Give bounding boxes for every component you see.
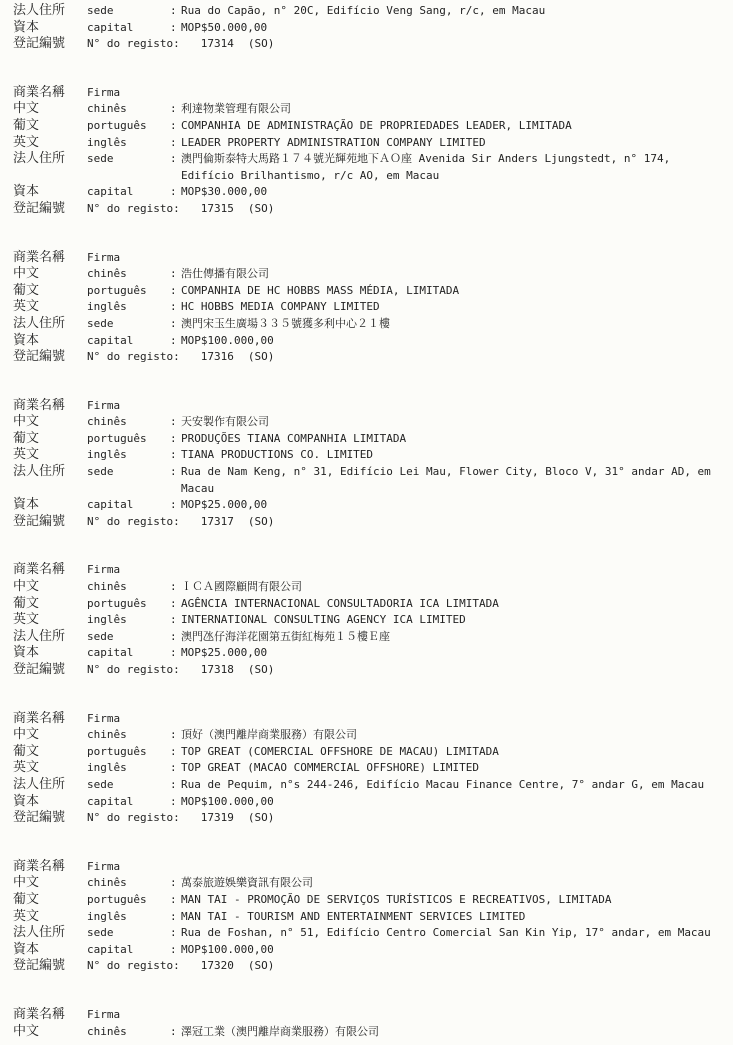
capital-label-zh: 資本 (13, 645, 87, 662)
colon-separator: : (170, 744, 181, 761)
registo-number: 17317 (201, 514, 234, 531)
field-row-sede: 法人住所sede:Rua de Foshan, n° 51, Edifício … (13, 925, 733, 942)
sede-label-pt: sede (87, 316, 170, 333)
chinese-value-cell: :澤冠工業（澳門離岸商業服務）有限公司 (170, 1024, 733, 1041)
english-value-cell: :TIANA PRODUCTIONS CO. LIMITED (170, 447, 733, 464)
field-row-capital: 資本capital:MOP$100.000,00 (13, 794, 733, 811)
chinese-label-zh: 中文 (13, 579, 87, 596)
colon-separator: : (170, 333, 181, 350)
registo-suffix: (SO) (248, 958, 275, 975)
field-row-sede: 法人住所sede:Rua de Pequim, n°s 244-246, Edi… (13, 777, 733, 794)
sede-value-cell: :澳門倫斯泰特大馬路１７４號光輝苑地下ＡＯ座 Avenida Sir Ander… (170, 151, 733, 184)
sede-label-pt: sede (87, 464, 170, 481)
field-row-sede: 法人住所sede:Rua do Capão, n° 20C, Edifício … (13, 3, 733, 20)
colon-separator: : (170, 875, 181, 892)
chinese-label-zh: 中文 (13, 101, 87, 118)
registo-suffix: (SO) (248, 36, 275, 53)
chinese-value: 萬泰旅遊娛樂資訊有限公司 (181, 875, 729, 892)
field-row-chinese: 中文chinês:澤冠工業（澳門離岸商業服務）有限公司 (13, 1024, 733, 1041)
english-value: LEADER PROPERTY ADMINISTRATION COMPANY L… (181, 135, 729, 152)
firma-label-pt: Firma (87, 398, 170, 415)
field-row-chinese: 中文chinês:頂好（澳門離岸商業服務）有限公司 (13, 727, 733, 744)
field-row-english: 英文inglês:HC HOBBS MEDIA COMPANY LIMITED (13, 299, 733, 316)
field-row-chinese: 中文chinês:浩仕傳播有限公司 (13, 266, 733, 283)
english-value-cell: :MAN TAI - TOURISM AND ENTERTAINMENT SER… (170, 909, 733, 926)
portuguese-label-pt: português (87, 596, 170, 613)
sede-value: 澳門宋玉生廣場３３５號獲多利中心２１樓 (181, 316, 729, 333)
english-value: INTERNATIONAL CONSULTING AGENCY ICA LIMI… (181, 612, 729, 629)
capital-label-zh: 資本 (13, 794, 87, 811)
portuguese-value-cell: :MAN TAI - PROMOÇÃO DE SERVIÇOS TURÍSTIC… (170, 892, 733, 909)
sede-value-cell: :Rua do Capão, n° 20C, Edifício Veng San… (170, 3, 733, 20)
sede-value: 澳門氹仔海洋花園第五街紅梅苑１５樓Ｅ座 (181, 629, 729, 646)
sede-value: 澳門倫斯泰特大馬路１７４號光輝苑地下ＡＯ座 Avenida Sir Anders… (181, 151, 729, 184)
portuguese-label-zh: 葡文 (13, 283, 87, 300)
field-row-english: 英文inglês:INTERNATIONAL CONSULTING AGENCY… (13, 612, 733, 629)
sede-value: Rua do Capão, n° 20C, Edifício Veng Sang… (181, 3, 729, 20)
portuguese-value: MAN TAI - PROMOÇÃO DE SERVIÇOS TURÍSTICO… (181, 892, 729, 909)
portuguese-label-zh: 葡文 (13, 431, 87, 448)
sede-value-cell: :澳門氹仔海洋花園第五街紅梅苑１５樓Ｅ座 (170, 629, 733, 646)
english-value-cell: :INTERNATIONAL CONSULTING AGENCY ICA LIM… (170, 612, 733, 629)
capital-label-pt: capital (87, 20, 170, 37)
firma-header-row: 商業名稱Firma (13, 1007, 733, 1024)
registo-label-pt: N° do registo: (87, 514, 180, 531)
english-label-pt: inglês (87, 909, 170, 926)
capital-label-zh: 資本 (13, 184, 87, 201)
firma-label-zh: 商業名稱 (13, 859, 87, 876)
chinese-value-cell: :利達物業管理有限公司 (170, 101, 733, 118)
portuguese-label-pt: português (87, 431, 170, 448)
colon-separator: : (170, 431, 181, 448)
portuguese-label-pt: português (87, 892, 170, 909)
registo-label-pt: N° do registo: (87, 201, 180, 218)
registo-label-pt: N° do registo: (87, 662, 180, 679)
sede-label-pt: sede (87, 777, 170, 794)
colon-separator: : (170, 1024, 181, 1041)
registo-suffix: (SO) (248, 662, 275, 679)
registo-number: 17318 (201, 662, 234, 679)
sede-label-zh: 法人住所 (13, 777, 87, 794)
chinese-value-cell: :ＩＣＡ國際顧問有限公司 (170, 579, 733, 596)
colon-separator: : (170, 942, 181, 959)
colon-separator: : (170, 118, 181, 135)
sede-label-zh: 法人住所 (13, 925, 87, 942)
chinese-label-zh: 中文 (13, 875, 87, 892)
english-label-zh: 英文 (13, 135, 87, 152)
portuguese-value: COMPANHIA DE HC HOBBS MASS MÉDIA, LIMITA… (181, 283, 729, 300)
sede-value: Rua de Nam Keng, n° 31, Edifício Lei Mau… (181, 464, 729, 497)
capital-value: MOP$100.000,00 (181, 794, 729, 811)
colon-separator: : (170, 464, 181, 497)
registo-number: 17316 (201, 349, 234, 366)
field-row-english: 英文inglês:TIANA PRODUCTIONS CO. LIMITED (13, 447, 733, 464)
colon-separator: : (170, 760, 181, 777)
chinese-value: 利達物業管理有限公司 (181, 101, 729, 118)
capital-label-zh: 資本 (13, 333, 87, 350)
chinese-value: ＩＣＡ國際顧問有限公司 (181, 579, 729, 596)
firma-label-pt: Firma (87, 85, 170, 102)
capital-label-zh: 資本 (13, 942, 87, 959)
firma-label-zh: 商業名稱 (13, 250, 87, 267)
registry-document: 法人住所sede:Rua do Capão, n° 20C, Edifício … (0, 0, 733, 1045)
capital-value-cell: :MOP$50.000,00 (170, 20, 733, 37)
chinese-value-cell: :萬泰旅遊娛樂資訊有限公司 (170, 875, 733, 892)
registo-suffix: (SO) (248, 349, 275, 366)
registo-label-zh: 登記編號 (13, 36, 87, 53)
colon-separator: : (170, 266, 181, 283)
sede-label-zh: 法人住所 (13, 629, 87, 646)
english-value-cell: :LEADER PROPERTY ADMINISTRATION COMPANY … (170, 135, 733, 152)
english-label-pt: inglês (87, 447, 170, 464)
firma-label-pt: Firma (87, 711, 170, 728)
colon-separator: : (170, 909, 181, 926)
capital-value: MOP$50.000,00 (181, 20, 729, 37)
registo-suffix: (SO) (248, 810, 275, 827)
registo-label-pt: N° do registo: (87, 810, 180, 827)
field-row-registo: 登記編號N° do registo:17315(SO) (13, 201, 733, 218)
chinese-value: 天安製作有限公司 (181, 414, 729, 431)
firma-label-zh: 商業名稱 (13, 711, 87, 728)
portuguese-value-cell: :COMPANHIA DE ADMINISTRAÇÃO DE PROPRIEDA… (170, 118, 733, 135)
chinese-label-zh: 中文 (13, 727, 87, 744)
english-value-cell: :HC HOBBS MEDIA COMPANY LIMITED (170, 299, 733, 316)
firma-header-row: 商業名稱Firma (13, 562, 733, 579)
field-row-registo: 登記編號N° do registo:17319(SO) (13, 810, 733, 827)
field-row-capital: 資本capital:MOP$25.000,00 (13, 497, 733, 514)
capital-value: MOP$100.000,00 (181, 333, 729, 350)
firma-header-row: 商業名稱Firma (13, 711, 733, 728)
sede-label-zh: 法人住所 (13, 3, 87, 20)
capital-value-cell: :MOP$25.000,00 (170, 497, 733, 514)
portuguese-label-zh: 葡文 (13, 118, 87, 135)
field-row-registo: 登記編號N° do registo:17316(SO) (13, 349, 733, 366)
colon-separator: : (170, 135, 181, 152)
chinese-label-pt: chinês (87, 1024, 170, 1041)
field-row-sede: 法人住所sede:澳門倫斯泰特大馬路１７４號光輝苑地下ＡＯ座 Avenida S… (13, 151, 733, 184)
field-row-english: 英文inglês:LEADER PROPERTY ADMINISTRATION … (13, 135, 733, 152)
field-row-registo: 登記編號N° do registo:17320(SO) (13, 958, 733, 975)
capital-value-cell: :MOP$100.000,00 (170, 794, 733, 811)
registo-label-zh: 登記編號 (13, 514, 87, 531)
field-row-portuguese: 葡文português:TOP GREAT (COMERCIAL OFFSHOR… (13, 744, 733, 761)
company-entry: 商業名稱Firma中文chinês:浩仕傳播有限公司葡文português:CO… (13, 250, 733, 366)
registo-suffix: (SO) (248, 201, 275, 218)
colon-separator: : (170, 727, 181, 744)
colon-separator: : (170, 579, 181, 596)
firma-header-row: 商業名稱Firma (13, 859, 733, 876)
firma-label-zh: 商業名稱 (13, 398, 87, 415)
registo-number: 17314 (201, 36, 234, 53)
colon-separator: : (170, 3, 181, 20)
firma-label-pt: Firma (87, 1007, 170, 1024)
sede-label-pt: sede (87, 151, 170, 168)
field-row-capital: 資本capital:MOP$30.000,00 (13, 184, 733, 201)
field-row-registo: 登記編號N° do registo:17314(SO) (13, 36, 733, 53)
registo-number: 17319 (201, 810, 234, 827)
colon-separator: : (170, 316, 181, 333)
portuguese-label-pt: português (87, 283, 170, 300)
portuguese-value: PRODUÇÕES TIANA COMPANHIA LIMITADA (181, 431, 729, 448)
capital-label-zh: 資本 (13, 20, 87, 37)
english-label-pt: inglês (87, 299, 170, 316)
colon-separator: : (170, 299, 181, 316)
capital-value-cell: :MOP$100.000,00 (170, 333, 733, 350)
portuguese-label-zh: 葡文 (13, 596, 87, 613)
chinese-label-zh: 中文 (13, 414, 87, 431)
field-row-capital: 資本capital:MOP$100.000,00 (13, 942, 733, 959)
portuguese-label-zh: 葡文 (13, 892, 87, 909)
sede-value-cell: :澳門宋玉生廣場３３５號獲多利中心２１樓 (170, 316, 733, 333)
company-entry: 商業名稱Firma中文chinês:天安製作有限公司葡文português:PR… (13, 398, 733, 531)
portuguese-value: TOP GREAT (COMERCIAL OFFSHORE DE MACAU) … (181, 744, 729, 761)
sede-value-cell: :Rua de Pequim, n°s 244-246, Edifício Ma… (170, 777, 733, 794)
english-label-zh: 英文 (13, 447, 87, 464)
colon-separator: : (170, 596, 181, 613)
chinese-value: 頂好（澳門離岸商業服務）有限公司 (181, 727, 729, 744)
firma-label-pt: Firma (87, 250, 170, 267)
colon-separator: : (170, 447, 181, 464)
firma-label-zh: 商業名稱 (13, 85, 87, 102)
english-value: MAN TAI - TOURISM AND ENTERTAINMENT SERV… (181, 909, 729, 926)
field-row-registo: 登記編號N° do registo:17317(SO) (13, 514, 733, 531)
portuguese-value-cell: :PRODUÇÕES TIANA COMPANHIA LIMITADA (170, 431, 733, 448)
field-row-capital: 資本capital:MOP$100.000,00 (13, 333, 733, 350)
field-row-capital: 資本capital:MOP$25.000,00 (13, 645, 733, 662)
field-row-portuguese: 葡文português:COMPANHIA DE HC HOBBS MASS M… (13, 283, 733, 300)
colon-separator: : (170, 925, 181, 942)
field-row-sede: 法人住所sede:澳門宋玉生廣場３３５號獲多利中心２１樓 (13, 316, 733, 333)
english-value: TOP GREAT (MACAO COMMERCIAL OFFSHORE) LI… (181, 760, 729, 777)
field-row-portuguese: 葡文português:PRODUÇÕES TIANA COMPANHIA LI… (13, 431, 733, 448)
firma-header-row: 商業名稱Firma (13, 398, 733, 415)
portuguese-value-cell: :AGÊNCIA INTERNACIONAL CONSULTADORIA ICA… (170, 596, 733, 613)
field-row-portuguese: 葡文português:AGÊNCIA INTERNACIONAL CONSUL… (13, 596, 733, 613)
colon-separator: : (170, 645, 181, 662)
portuguese-label-pt: português (87, 118, 170, 135)
sede-value: Rua de Pequim, n°s 244-246, Edifício Mac… (181, 777, 729, 794)
capital-label-pt: capital (87, 645, 170, 662)
chinese-value-cell: :頂好（澳門離岸商業服務）有限公司 (170, 727, 733, 744)
capital-label-pt: capital (87, 497, 170, 514)
company-entry: 商業名稱Firma中文chinês:ＩＣＡ國際顧問有限公司葡文português… (13, 562, 733, 678)
english-label-pt: inglês (87, 760, 170, 777)
field-row-registo: 登記編號N° do registo:17318(SO) (13, 662, 733, 679)
company-entry: 法人住所sede:Rua do Capão, n° 20C, Edifício … (13, 3, 733, 53)
colon-separator: : (170, 20, 181, 37)
field-row-portuguese: 葡文português:MAN TAI - PROMOÇÃO DE SERVIÇ… (13, 892, 733, 909)
portuguese-label-pt: português (87, 744, 170, 761)
firma-label-zh: 商業名稱 (13, 1007, 87, 1024)
company-entry: 商業名稱Firma中文chinês:利達物業管理有限公司葡文português:… (13, 85, 733, 218)
capital-value-cell: :MOP$30.000,00 (170, 184, 733, 201)
firma-label-pt: Firma (87, 562, 170, 579)
sede-value-cell: :Rua de Nam Keng, n° 31, Edifício Lei Ma… (170, 464, 733, 497)
chinese-label-pt: chinês (87, 414, 170, 431)
colon-separator: : (170, 892, 181, 909)
portuguese-value: COMPANHIA DE ADMINISTRAÇÃO DE PROPRIEDAD… (181, 118, 729, 135)
english-label-pt: inglês (87, 135, 170, 152)
sede-value: Rua de Foshan, n° 51, Edifício Centro Co… (181, 925, 729, 942)
capital-label-zh: 資本 (13, 497, 87, 514)
registo-label-zh: 登記編號 (13, 958, 87, 975)
portuguese-value-cell: :TOP GREAT (COMERCIAL OFFSHORE DE MACAU)… (170, 744, 733, 761)
capital-value: MOP$25.000,00 (181, 645, 729, 662)
colon-separator: : (170, 497, 181, 514)
firma-header-row: 商業名稱Firma (13, 85, 733, 102)
firma-label-pt: Firma (87, 859, 170, 876)
field-row-english: 英文inglês:MAN TAI - TOURISM AND ENTERTAIN… (13, 909, 733, 926)
chinese-label-pt: chinês (87, 101, 170, 118)
chinese-label-pt: chinês (87, 579, 170, 596)
firma-label-zh: 商業名稱 (13, 562, 87, 579)
colon-separator: : (170, 612, 181, 629)
capital-value: MOP$30.000,00 (181, 184, 729, 201)
english-value-cell: :TOP GREAT (MACAO COMMERCIAL OFFSHORE) L… (170, 760, 733, 777)
sede-value-cell: :Rua de Foshan, n° 51, Edifício Centro C… (170, 925, 733, 942)
registo-suffix: (SO) (248, 514, 275, 531)
registo-label-zh: 登記編號 (13, 201, 87, 218)
colon-separator: : (170, 794, 181, 811)
registo-label-zh: 登記編號 (13, 662, 87, 679)
registo-number: 17315 (201, 201, 234, 218)
capital-value: MOP$25.000,00 (181, 497, 729, 514)
sede-label-pt: sede (87, 629, 170, 646)
registo-label-pt: N° do registo: (87, 36, 180, 53)
colon-separator: : (170, 777, 181, 794)
capital-label-pt: capital (87, 942, 170, 959)
sede-label-pt: sede (87, 3, 170, 20)
registo-number: 17320 (201, 958, 234, 975)
company-entry: 商業名稱Firma中文chinês:頂好（澳門離岸商業服務）有限公司葡文port… (13, 711, 733, 827)
company-entry: 商業名稱Firma中文chinês:澤冠工業（澳門離岸商業服務）有限公司 (13, 1007, 733, 1040)
chinese-label-pt: chinês (87, 875, 170, 892)
company-entry: 商業名稱Firma中文chinês:萬泰旅遊娛樂資訊有限公司葡文portuguê… (13, 859, 733, 975)
sede-label-zh: 法人住所 (13, 464, 87, 481)
colon-separator: : (170, 184, 181, 201)
field-row-english: 英文inglês:TOP GREAT (MACAO COMMERCIAL OFF… (13, 760, 733, 777)
sede-label-zh: 法人住所 (13, 316, 87, 333)
field-row-sede: 法人住所sede:Rua de Nam Keng, n° 31, Edifíci… (13, 464, 733, 497)
colon-separator: : (170, 101, 181, 118)
firma-header-row: 商業名稱Firma (13, 250, 733, 267)
colon-separator: : (170, 151, 181, 184)
capital-value-cell: :MOP$100.000,00 (170, 942, 733, 959)
registo-label-zh: 登記編號 (13, 349, 87, 366)
registo-label-pt: N° do registo: (87, 958, 180, 975)
portuguese-value-cell: :COMPANHIA DE HC HOBBS MASS MÉDIA, LIMIT… (170, 283, 733, 300)
capital-value-cell: :MOP$25.000,00 (170, 645, 733, 662)
field-row-chinese: 中文chinês:ＩＣＡ國際顧問有限公司 (13, 579, 733, 596)
sede-label-zh: 法人住所 (13, 151, 87, 168)
portuguese-value: AGÊNCIA INTERNACIONAL CONSULTADORIA ICA … (181, 596, 729, 613)
sede-label-pt: sede (87, 925, 170, 942)
field-row-chinese: 中文chinês:萬泰旅遊娛樂資訊有限公司 (13, 875, 733, 892)
chinese-label-pt: chinês (87, 266, 170, 283)
registo-label-pt: N° do registo: (87, 349, 180, 366)
field-row-chinese: 中文chinês:利達物業管理有限公司 (13, 101, 733, 118)
capital-value: MOP$100.000,00 (181, 942, 729, 959)
field-row-chinese: 中文chinês:天安製作有限公司 (13, 414, 733, 431)
registo-label-zh: 登記編號 (13, 810, 87, 827)
english-label-zh: 英文 (13, 299, 87, 316)
english-label-zh: 英文 (13, 760, 87, 777)
english-value: TIANA PRODUCTIONS CO. LIMITED (181, 447, 729, 464)
colon-separator: : (170, 283, 181, 300)
field-row-capital: 資本capital:MOP$50.000,00 (13, 20, 733, 37)
chinese-value-cell: :浩仕傳播有限公司 (170, 266, 733, 283)
capital-label-pt: capital (87, 794, 170, 811)
english-value: HC HOBBS MEDIA COMPANY LIMITED (181, 299, 729, 316)
english-label-zh: 英文 (13, 909, 87, 926)
chinese-label-pt: chinês (87, 727, 170, 744)
chinese-label-zh: 中文 (13, 1024, 87, 1041)
field-row-portuguese: 葡文português:COMPANHIA DE ADMINISTRAÇÃO D… (13, 118, 733, 135)
english-label-zh: 英文 (13, 612, 87, 629)
capital-label-pt: capital (87, 333, 170, 350)
portuguese-label-zh: 葡文 (13, 744, 87, 761)
english-label-pt: inglês (87, 612, 170, 629)
field-row-sede: 法人住所sede:澳門氹仔海洋花園第五街紅梅苑１５樓Ｅ座 (13, 629, 733, 646)
colon-separator: : (170, 414, 181, 431)
chinese-value: 澤冠工業（澳門離岸商業服務）有限公司 (181, 1024, 729, 1041)
capital-label-pt: capital (87, 184, 170, 201)
chinese-value: 浩仕傳播有限公司 (181, 266, 729, 283)
chinese-value-cell: :天安製作有限公司 (170, 414, 733, 431)
colon-separator: : (170, 629, 181, 646)
chinese-label-zh: 中文 (13, 266, 87, 283)
